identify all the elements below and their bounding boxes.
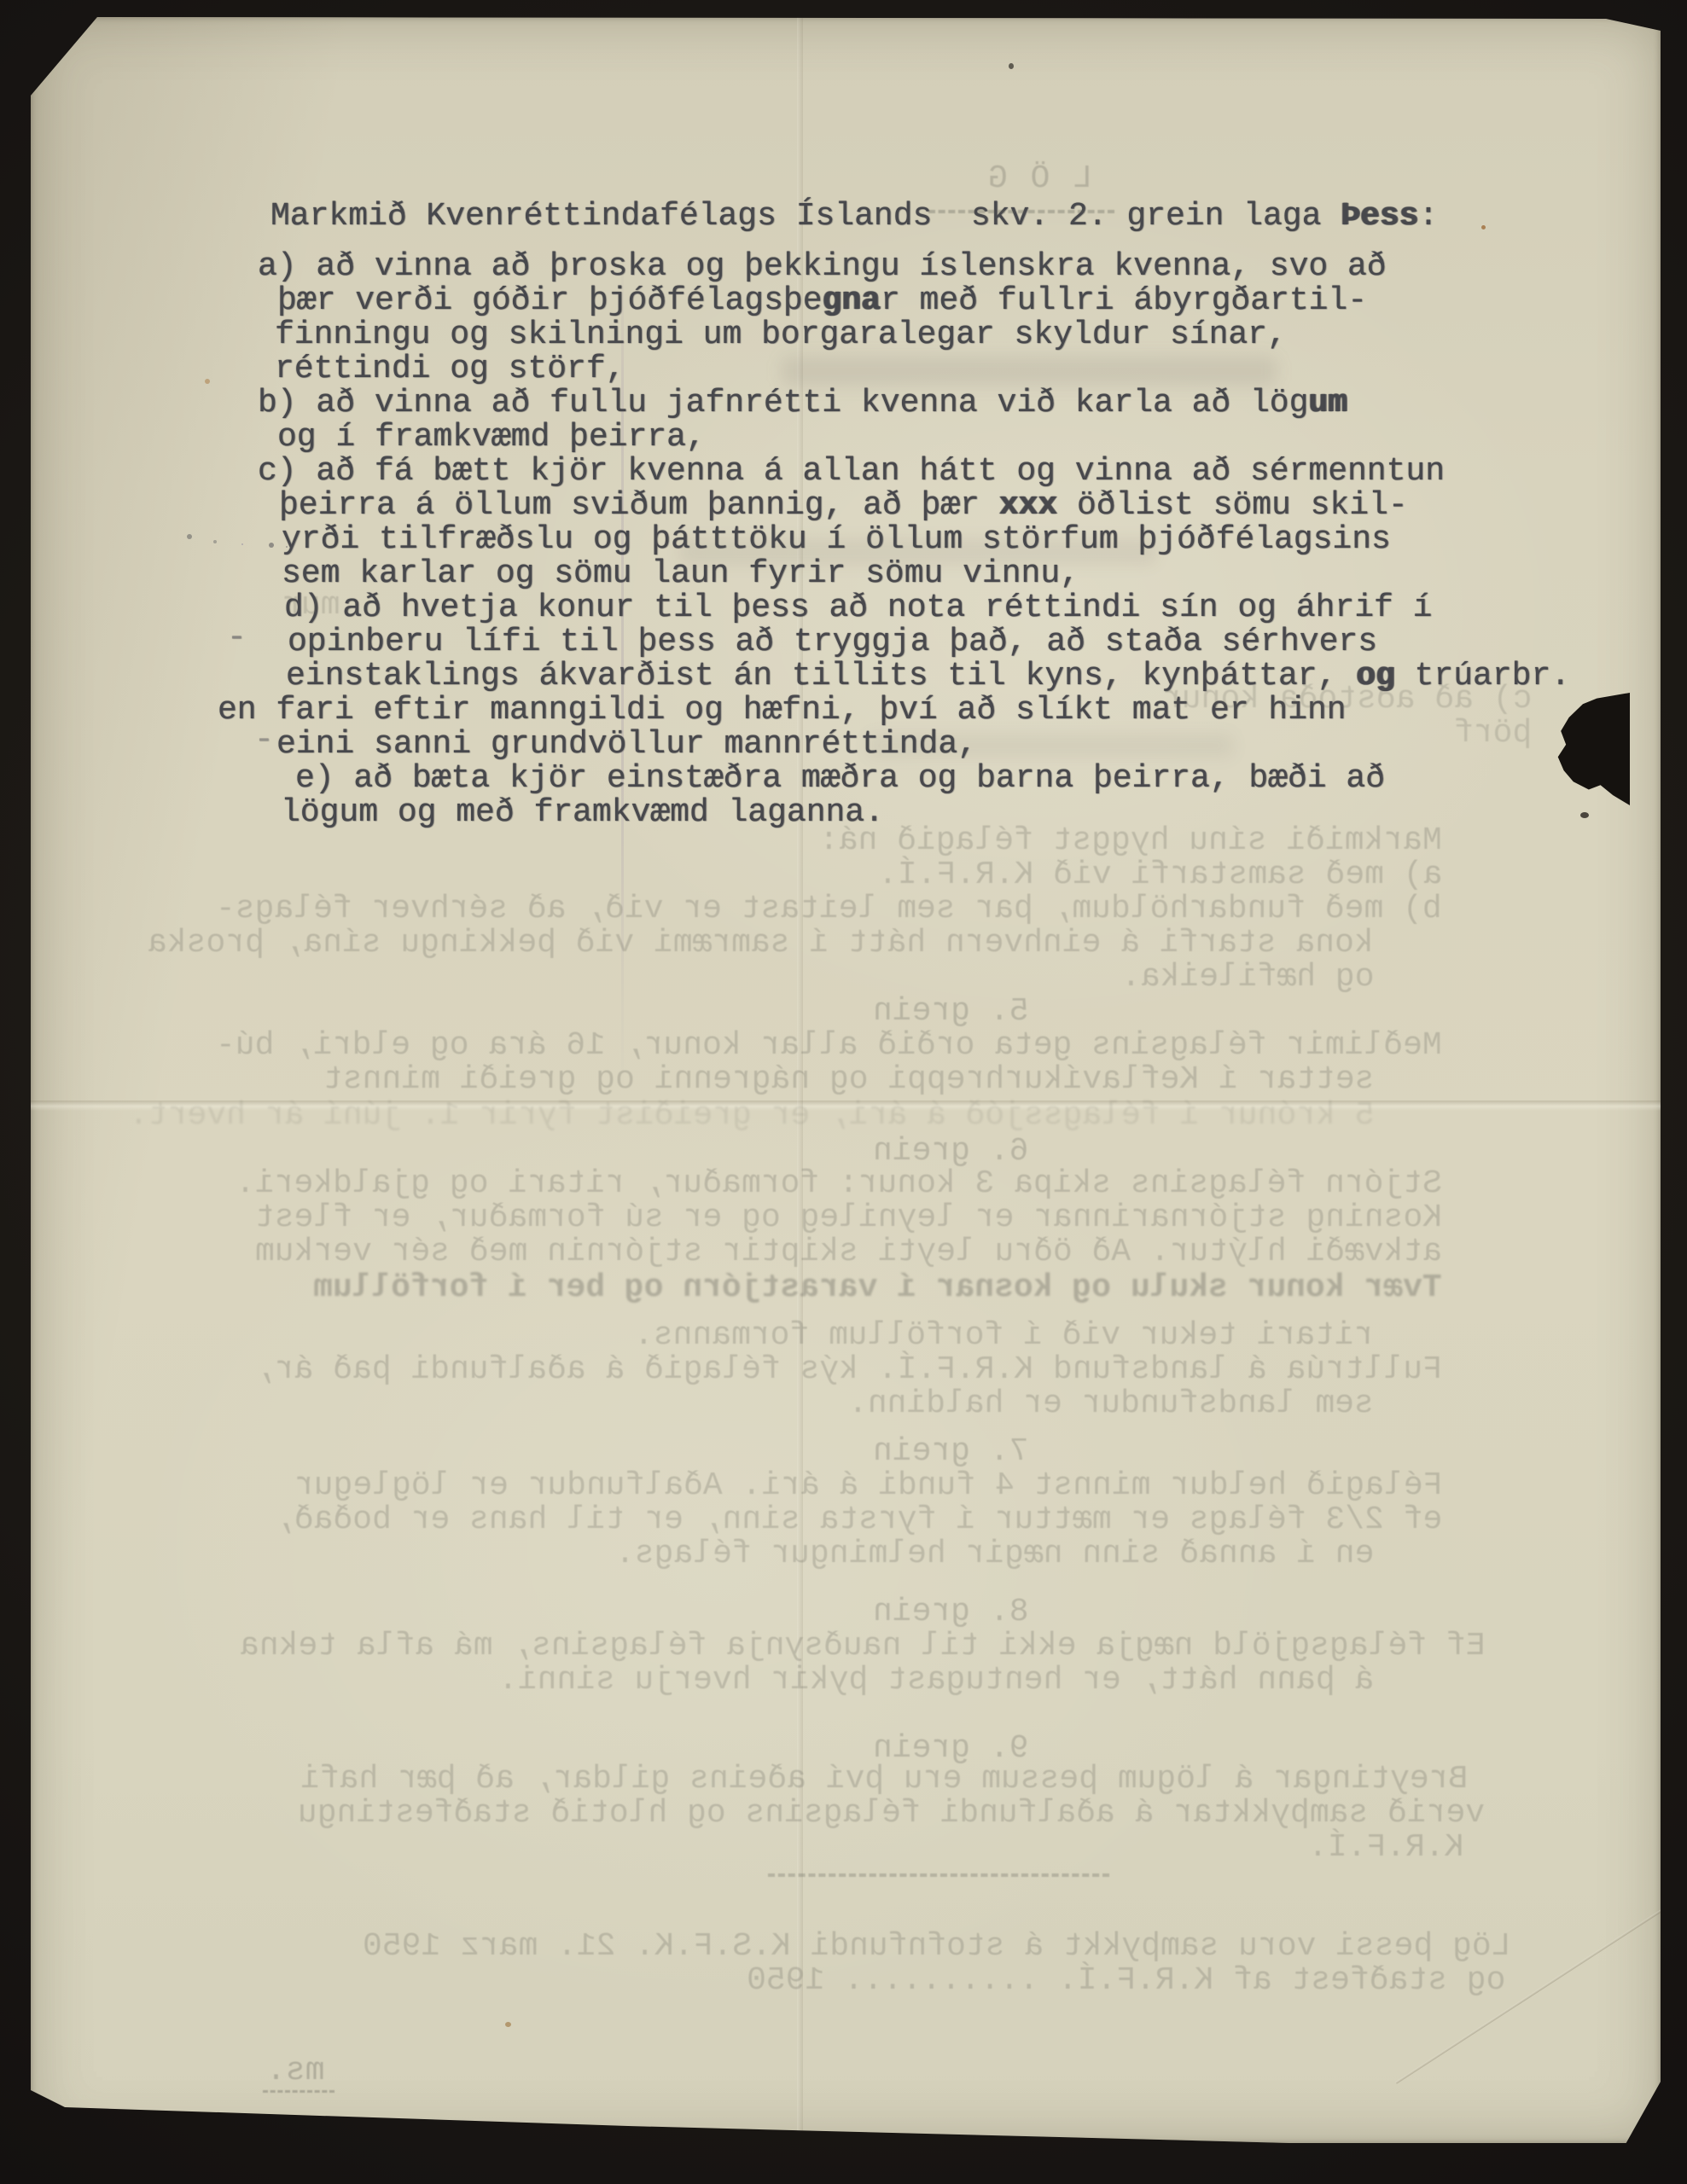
bleedthrough-line: en í annað sinn nægir helmingur félags. bbox=[615, 1537, 1374, 1571]
bleedthrough-line: Stjórn félagsins skipa 3 konur: formaður… bbox=[236, 1167, 1442, 1201]
bleedthrough-line: Lög þessi voru samþykkt á stofnfundi K.S… bbox=[363, 1930, 1510, 1964]
bleedthrough-line: verið samþykktar á aðalfundi félagsins o… bbox=[298, 1797, 1485, 1831]
bleedthrough-heading: 5. grein bbox=[873, 995, 1028, 1029]
bleedthrough-line: ef 2/3 félags er mættur í fyrsta sinn, e… bbox=[275, 1503, 1442, 1537]
separator-dashes bbox=[768, 1873, 1109, 1877]
bleedthrough-line: Ef félagsgjöld nægja ekki til nauðsynja … bbox=[240, 1629, 1485, 1664]
bleedthrough-line: Fulltrúa á landsfund K.R.F.Í. kýs félagi… bbox=[255, 1353, 1442, 1387]
bleedthrough-line: ritari tekur við í forföllum formanns. bbox=[634, 1319, 1374, 1353]
bleedthrough-line: Markmiði sínu hyggst félagið ná: bbox=[819, 824, 1442, 858]
bleedthrough-line: Meðlimir félagsins geta orðið allar konu… bbox=[216, 1029, 1442, 1063]
bleedthrough-title: L Ö G bbox=[986, 162, 1092, 196]
bleedthrough-fragment: þörf bbox=[1454, 717, 1532, 751]
bleedthrough-line: atkvæði hlýtur. Að öðru leyti skiptir st… bbox=[255, 1235, 1442, 1269]
bleedthrough-heading: 7. grein bbox=[873, 1435, 1028, 1469]
typist-initials-bleed: ms. bbox=[266, 2054, 324, 2088]
bleedthrough-heading: 8. grein bbox=[873, 1595, 1028, 1629]
bleedthrough-line: kona starfi á einhvern hátt í samræmi vi… bbox=[148, 926, 1374, 961]
bleedthrough-fragment: c) að aðstoða konur bbox=[1162, 682, 1532, 717]
bleedthrough-line: sem landsfundur er haldinn. bbox=[848, 1387, 1374, 1421]
bleedthrough-fragment: mur bbox=[282, 589, 340, 623]
typist-initials-underline bbox=[263, 2090, 334, 2093]
bleedthrough-line: á þann hátt, er hentugast þykir hverju s… bbox=[498, 1664, 1374, 1698]
bleedthrough-title-underline bbox=[928, 210, 1114, 213]
bleedthrough-layer: L Ö G Markmiði sínu hyggst félagið ná:a)… bbox=[0, 0, 1687, 2184]
bleedthrough-line: og staðfest af K.R.F.Í. .......... 1950 bbox=[747, 1964, 1505, 1998]
bleedthrough-line: a) með samstarfi við K.R.F.Í. bbox=[878, 858, 1442, 892]
bleedthrough-line: settar í Keflavíkurhreppi og nágrenni og… bbox=[323, 1063, 1374, 1097]
bleedthrough-line: Breytingar á lögum þessum eru því aðeins… bbox=[300, 1763, 1468, 1797]
bleedthrough-line: Félagið heldur minnst 4 fundi á ári. Aða… bbox=[294, 1469, 1442, 1503]
bleedthrough-heading: 6. grein bbox=[873, 1135, 1028, 1169]
bleedthrough-line: b) með fundarhöldum, þar sem leitast er … bbox=[216, 892, 1442, 926]
scanned-document-photo: Markmið Kvenréttindafélags Íslands skv. … bbox=[0, 0, 1687, 2184]
bleedthrough-line: og hæfileika. bbox=[1121, 961, 1374, 995]
bleedthrough-line: 5 krónur í félagssjóð á ári, er greiðist… bbox=[129, 1099, 1374, 1133]
bleedthrough-line: K.R.F.Í. bbox=[1308, 1831, 1463, 1865]
bleedthrough-line: Tvær konur skulu og kosnar í varastjórn … bbox=[313, 1271, 1442, 1305]
bleedthrough-line: Kosning stjórnarinnar er leynileg og er … bbox=[255, 1201, 1442, 1235]
